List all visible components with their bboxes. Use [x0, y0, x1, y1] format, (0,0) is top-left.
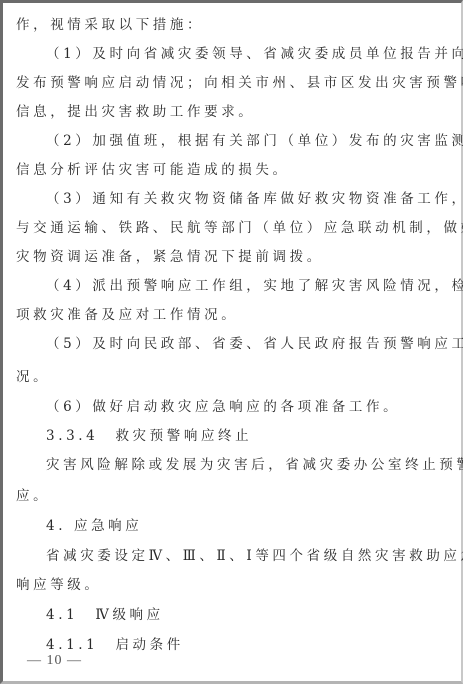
text-line: 作，视情采取以下措施：	[16, 15, 456, 35]
text-line: （1）及时向省减灾委领导、省减灾委成员单位报告并向社会	[46, 44, 463, 64]
text-line: （6）做好启动救灾应急响应的各项准备工作。	[46, 397, 463, 417]
section-heading: 4.1.1 启动条件	[46, 635, 463, 655]
text-line: 灾物资调运准备，紧急情况下提前调拨。	[16, 247, 456, 267]
section-heading: 4. 应急响应	[46, 516, 463, 536]
document-page: 作，视情采取以下措施： （1）及时向省减灾委领导、省减灾委成员单位报告并向社会 …	[0, 0, 463, 684]
page-number: — 10 —	[27, 653, 82, 669]
text-line: 响应等级。	[16, 575, 456, 595]
text-line: 信息，提出灾害救助工作要求。	[16, 102, 456, 122]
text-line: （5）及时向民政部、省委、省人民政府报告预警响应工作情	[46, 334, 463, 354]
text-line: （2）加强值班，根据有关部门（单位）发布的灾害监测预警	[46, 131, 463, 151]
text-line: 项救灾准备及应对工作情况。	[16, 305, 456, 325]
text-line: 应。	[16, 486, 456, 506]
text-line: 发布预警响应启动情况；向相关市州、县市区发出灾害预警响应	[16, 73, 456, 93]
section-heading: 4.1 Ⅳ级响应	[46, 605, 463, 625]
text-line: 灾害风险解除或发展为灾害后，省减灾委办公室终止预警响	[46, 455, 463, 475]
text-line: 况。	[16, 367, 456, 387]
text-line: 省减灾委设定Ⅳ、Ⅲ、Ⅱ、Ⅰ等四个省级自然灾害救助应急	[46, 546, 463, 566]
text-line: （3）通知有关救灾物资储备库做好救灾物资准备工作，启动	[46, 189, 463, 209]
text-line: （4）派出预警响应工作组，实地了解灾害风险情况，检查各	[46, 276, 463, 296]
text-line: 与交通运输、铁路、民航等部门（单位）应急联动机制，做好救	[16, 218, 456, 238]
section-heading: 3.3.4 救灾预警响应终止	[46, 426, 463, 446]
text-line: 信息分析评估灾害可能造成的损失。	[16, 160, 456, 180]
